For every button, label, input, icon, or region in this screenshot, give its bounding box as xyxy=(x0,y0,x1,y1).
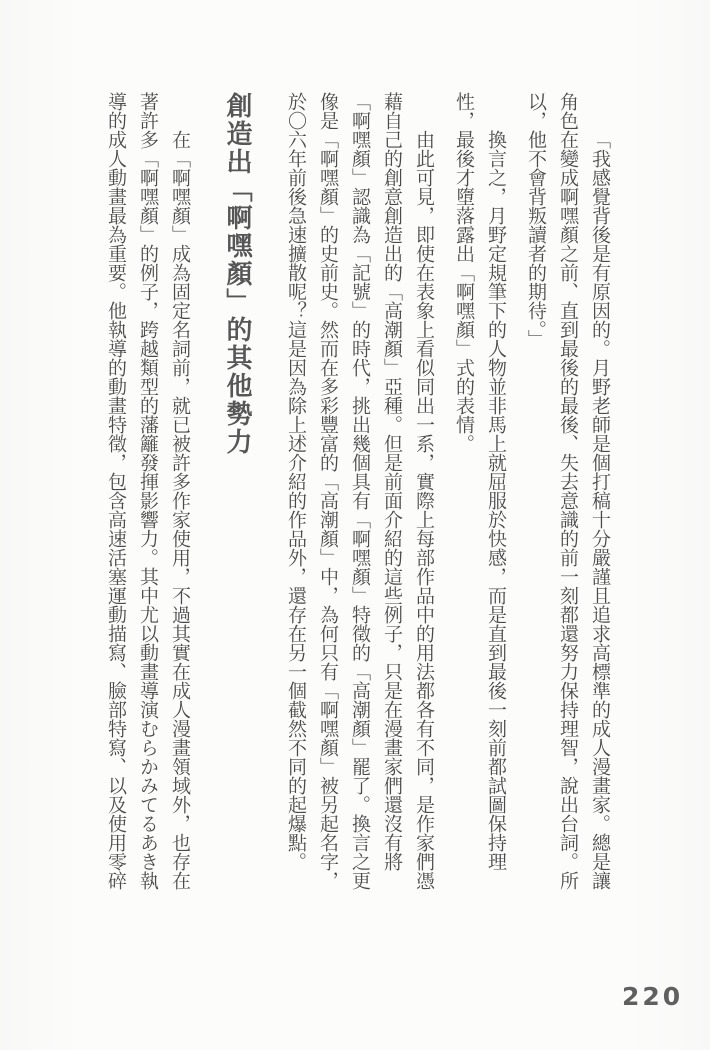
body-text: 「我感覺背後是有原因的。月野老師是個打稿十分嚴謹且追求高標準的成人漫畫家。總是讓… xyxy=(92,92,616,892)
book-page: 「我感覺背後是有原因的。月野老師是個打稿十分嚴謹且追求高標準的成人漫畫家。總是讓… xyxy=(0,0,710,1050)
paragraph-quote: 「我感覺背後是有原因的。月野老師是個打稿十分嚴謹且追求高標準的成人漫畫家。總是讓… xyxy=(520,92,616,892)
paragraph: 換言之，月野定規筆下的人物並非馬上就屈服於快感，而是直到最後一刻前都試圖保持理性… xyxy=(448,92,512,892)
paragraph: 在「啊嘿顏」成為固定名詞前，就已被許多作家使用，不過其實在成人漫畫領域外，也存在… xyxy=(100,92,196,892)
paragraph: 由此可見，即使在表象上看似同出一系，實際上每部作品中的用法都各有不同，是作家們憑… xyxy=(280,92,440,892)
section-heading: 創造出「啊嘿顏」的其他勢力 xyxy=(220,92,254,892)
page-number: 220 xyxy=(622,982,683,1011)
